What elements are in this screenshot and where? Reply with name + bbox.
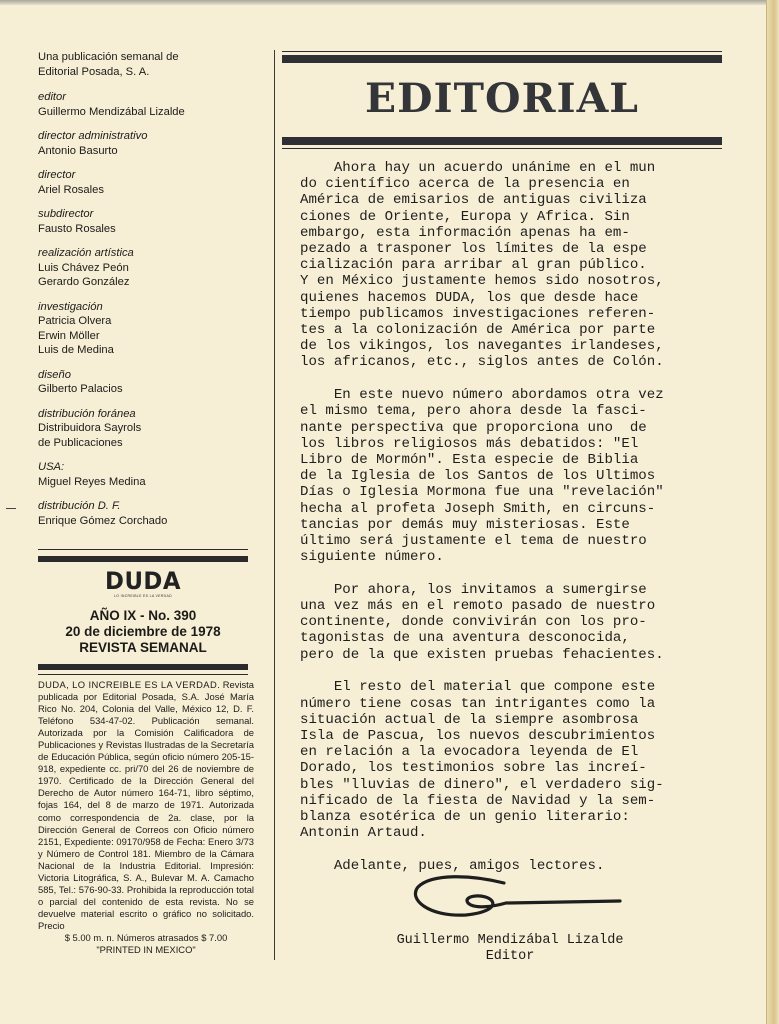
editorial-paragraph: Por ahora, los invitamos a sumergirse un…	[300, 582, 712, 663]
credit-name: Miguel Reyes Medina	[38, 475, 248, 490]
credit-name: Gilberto Palacios	[38, 382, 248, 397]
masthead-credits: editorGuillermo Mendizábal Lizaldedirect…	[38, 90, 248, 528]
credit-block: USA:Miguel Reyes Medina	[38, 460, 248, 489]
credit-role: USA:	[38, 460, 248, 475]
editorial-closing: Adelante, pues, amigos lectores.	[300, 858, 712, 874]
credit-name: Luis de Medina	[38, 343, 248, 358]
issue-date: 20 de diciembre de 1978	[38, 624, 248, 640]
legal-title: DUDA, LO INCREIBLE ES LA VERDAD.	[38, 679, 220, 690]
credit-name: Distribuidora Sayrols	[38, 421, 248, 436]
margin-mark	[6, 508, 16, 509]
credit-name: Patricia Olvera	[38, 314, 248, 329]
credit-name: Luis Chávez Peón	[38, 261, 248, 276]
credit-name: Guillermo Mendizábal Lizalde	[38, 105, 248, 120]
credit-role: director	[38, 168, 248, 183]
credit-block: distribución D. F.Enrique Gómez Corchado	[38, 499, 248, 528]
editorial-rule-top-thick	[282, 55, 722, 63]
editorial-rule-bottom-thick	[282, 137, 722, 145]
credit-role: distribución foránea	[38, 407, 248, 422]
editorial-paragraph: El resto del material que compone este n…	[300, 679, 712, 841]
issue-number: AÑO IX - No. 390	[38, 608, 248, 624]
legal-body: Revista publicada por Editorial Posada, …	[38, 679, 254, 931]
credit-role: distribución D. F.	[38, 499, 248, 514]
issue-info: AÑO IX - No. 390 20 de diciembre de 1978…	[38, 608, 248, 656]
credit-block: director administrativoAntonio Basurto	[38, 129, 248, 158]
editorial-rule-top-thin	[282, 51, 722, 52]
legal-notice: DUDA, LO INCREIBLE ES LA VERDAD. Revista…	[38, 679, 254, 956]
intro-line: Una publicación semanal de	[38, 50, 248, 65]
page-top-edge	[0, 0, 779, 5]
masthead: Una publicación semanal de Editorial Pos…	[38, 50, 248, 538]
legal-rule-thick	[38, 664, 248, 670]
credit-role: editor	[38, 90, 248, 105]
column-divider	[274, 50, 275, 960]
credit-block: investigaciónPatricia OlveraErwin Möller…	[38, 300, 248, 358]
masthead-rule-thick	[38, 556, 248, 562]
credit-block: directorAriel Rosales	[38, 168, 248, 197]
credit-name: de Publicaciones	[38, 436, 248, 451]
signer-block: Guillermo Mendizábal Lizalde Editor	[360, 933, 660, 965]
credit-name: Antonio Basurto	[38, 144, 248, 159]
credit-name: Ariel Rosales	[38, 183, 248, 198]
page-right-edge	[766, 0, 779, 1024]
signer-title: Editor	[360, 949, 660, 965]
logo-wordmark: DUDA	[43, 570, 243, 592]
editorial-paragraph: En este nuevo número abordamos otra vez …	[300, 387, 712, 565]
masthead-intro: Una publicación semanal de Editorial Pos…	[38, 50, 248, 79]
editorial-paragraph: Ahora hay un acuerdo unánime en el mun d…	[300, 160, 712, 371]
credit-role: investigación	[38, 300, 248, 315]
credit-role: diseño	[38, 368, 248, 383]
intro-line: Editorial Posada, S. A.	[38, 65, 248, 80]
duda-logo: DUDA LO INCREIBLE ES LA VERDAD	[38, 570, 248, 599]
credit-role: subdirector	[38, 207, 248, 222]
legal-printed: "PRINTED IN MEXICO"	[38, 944, 254, 956]
issue-type: REVISTA SEMANAL	[38, 640, 248, 656]
credit-block: distribución foráneaDistribuidora Sayrol…	[38, 407, 248, 451]
credit-block: subdirectorFausto Rosales	[38, 207, 248, 236]
credit-name: Enrique Gómez Corchado	[38, 514, 248, 529]
credit-block: editorGuillermo Mendizábal Lizalde	[38, 90, 248, 119]
credit-block: realización artísticaLuis Chávez PeónGer…	[38, 246, 248, 290]
signer-name: Guillermo Mendizábal Lizalde	[360, 933, 660, 949]
masthead-rule-thin	[38, 549, 248, 550]
editorial-rule-bottom-thin	[282, 148, 722, 149]
editorial-body: Ahora hay un acuerdo unánime en el mun d…	[300, 160, 712, 874]
credit-block: diseñoGilberto Palacios	[38, 368, 248, 397]
credit-name: Gerardo González	[38, 275, 248, 290]
credit-role: realización artística	[38, 246, 248, 261]
credit-name: Erwin Möller	[38, 329, 248, 344]
legal-rule-thin	[38, 674, 248, 675]
legal-price: $ 5.00 m. n. Números atrasados $ 7.00	[38, 932, 254, 944]
signature-icon	[412, 873, 627, 925]
editorial-title: EDITORIAL	[278, 74, 727, 124]
credit-name: Fausto Rosales	[38, 222, 248, 237]
credit-role: director administrativo	[38, 129, 248, 144]
